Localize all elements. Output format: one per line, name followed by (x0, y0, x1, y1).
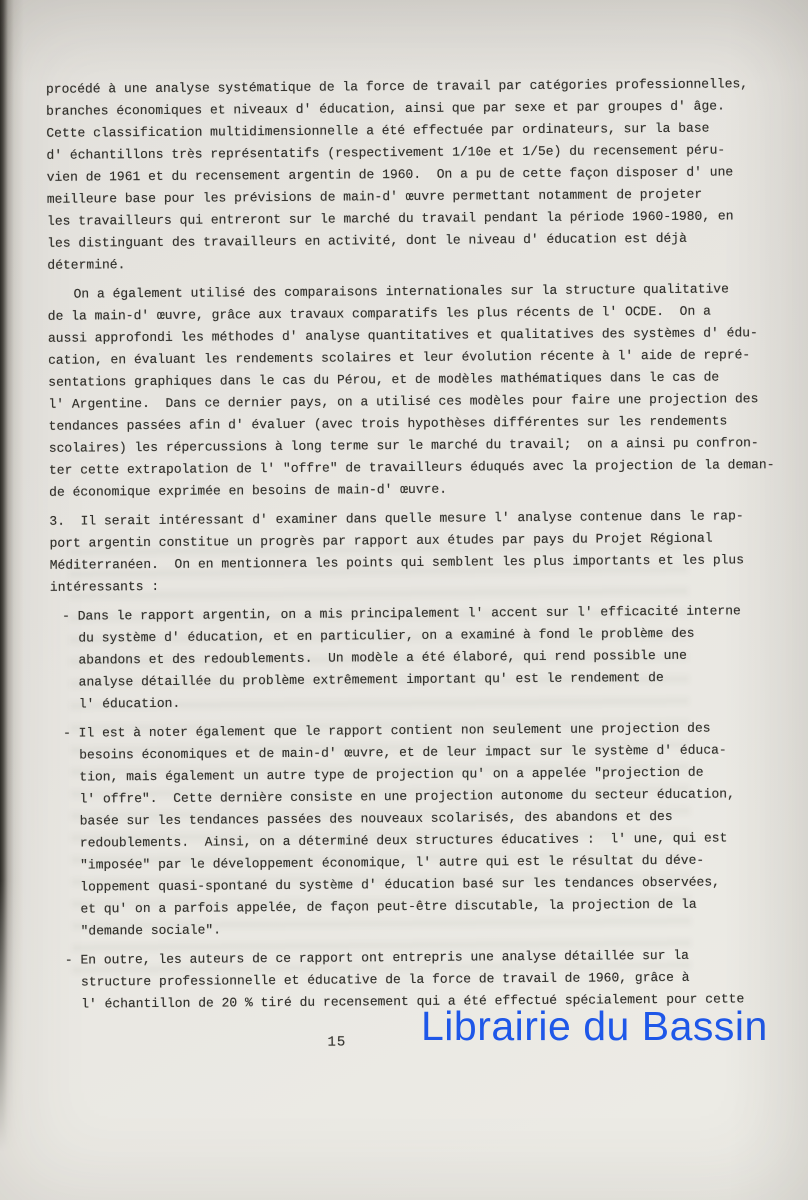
paragraph: On a également utilisé des comparaisons … (48, 278, 770, 504)
paragraph: - Il est à noter également que le rappor… (51, 717, 773, 943)
paragraph: 3. Il serait intéressant d' examiner dan… (49, 505, 770, 599)
text-line: intéressants : (50, 571, 770, 599)
page-text: procédé à une analyse systématique de la… (46, 73, 773, 1023)
paragraph: - Dans le rapport argentin, on a mis pri… (50, 600, 771, 716)
paragraph: procédé à une analyse systématique de la… (46, 73, 768, 277)
scanned-book-page: procédé à une analyse systématique de la… (0, 0, 808, 1200)
text-line: de économique exprimée en besoins de mai… (49, 476, 769, 504)
page-number: 15 (327, 1034, 346, 1050)
bookseller-watermark: Librairie du Bassin (421, 1003, 768, 1050)
text-line: "demande sociale". (81, 915, 773, 942)
